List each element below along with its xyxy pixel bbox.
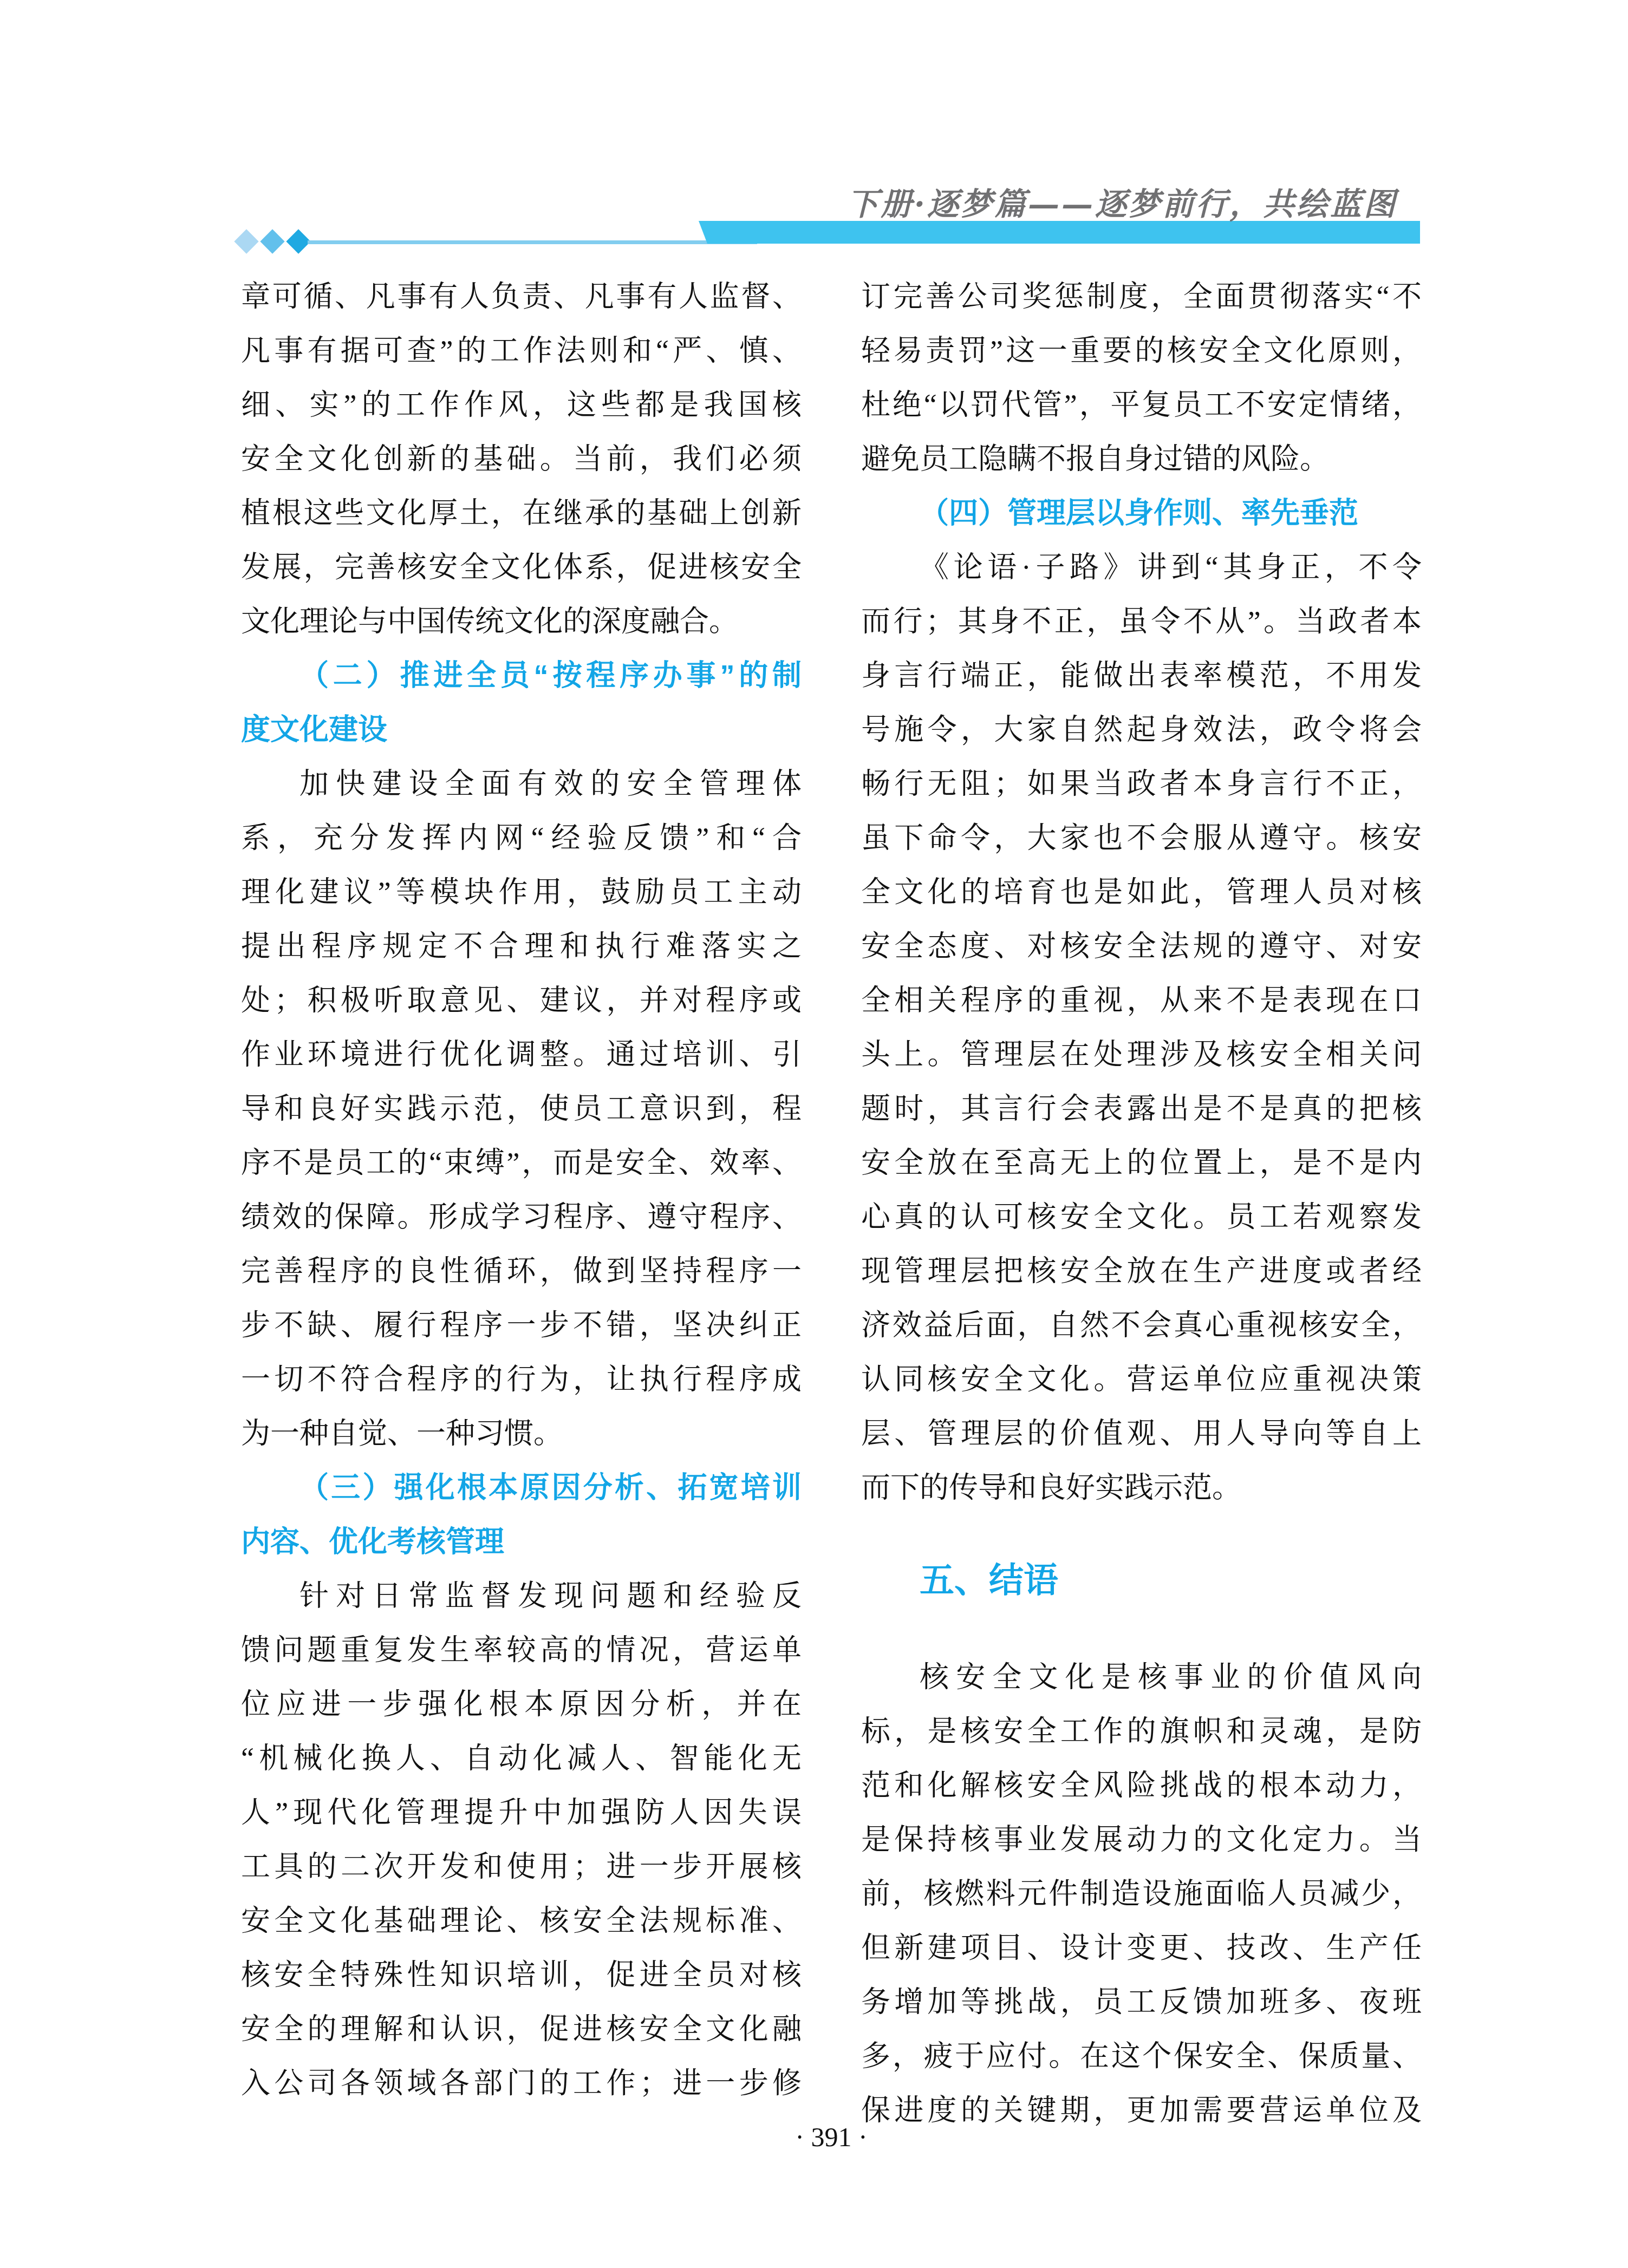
text-line: 步不缺、履行程序一步不错，坚决纠正 xyxy=(241,1298,802,1352)
text-line: 《论语·子路》讲到“其身正，不令 xyxy=(861,540,1422,594)
text-line: 一切不符合程序的行为，让执行程序成 xyxy=(241,1352,802,1407)
text-line: 但新建项目、设计变更、技改、生产任 xyxy=(861,1921,1422,1975)
text-line: 标，是核安全工作的旗帜和灵魂，是防 xyxy=(861,1704,1422,1759)
text-line: 处；积极听取意见、建议，并对程序或 xyxy=(241,973,802,1028)
text-line: 系，充分发挥内网“经验反馈”和“合 xyxy=(241,811,802,865)
section-heading: （二）推进全员“按程序办事”的制度文化建设 xyxy=(241,649,802,757)
text-line: 章可循、凡事有人负责、凡事有人监督、 xyxy=(241,270,802,324)
text-line: 认同核安全文化。营运单位应重视决策 xyxy=(861,1352,1422,1407)
text-line: 而下的传导和良好实践示范。 xyxy=(861,1461,1422,1515)
text-line: 细、实”的工作作风，这些都是我国核 xyxy=(241,378,802,432)
text-line: 号施令，大家自然起身效法，政令将会 xyxy=(861,703,1422,757)
text-line: 植根这些文化厚土，在继承的基础上创新 xyxy=(241,486,802,540)
header-banner xyxy=(699,221,1420,244)
text-line: 工具的二次开发和使用；进一步开展核 xyxy=(241,1840,802,1894)
text-line: 前，核燃料元件制造设施面临人员减少， xyxy=(861,1867,1422,1921)
text-line: 安全的理解和认识，促进核安全文化融 xyxy=(241,2002,802,2056)
paragraph: 订完善公司奖惩制度，全面贯彻落实“不轻易责罚”这一重要的核安全文化原则，杜绝“以… xyxy=(861,270,1422,486)
text-line: 而行；其身不正，虽令不从”。当政者本 xyxy=(861,594,1422,649)
text-line: 馈问题重复发生率较高的情况，营运单 xyxy=(241,1623,802,1677)
text-line: “机械化换人、自动化减人、智能化无 xyxy=(241,1731,802,1786)
document-page: 下册·逐梦篇——逐梦前行，共绘蓝图 章可循、凡事有人负责、凡事有人监督、凡事有据… xyxy=(0,0,1628,2268)
text-line: 身言行端正，能做出表率模范，不用发 xyxy=(861,649,1422,703)
text-line: 安全态度、对核安全法规的遵守、对安 xyxy=(861,919,1422,973)
text-line: （四）管理层以身作则、率先垂范 xyxy=(861,486,1422,540)
header-rule-line xyxy=(308,240,757,244)
text-line: 完善程序的良性循环，做到坚持程序一 xyxy=(241,1244,802,1298)
text-line: 题时，其言行会表露出是不是真的把核 xyxy=(861,1082,1422,1136)
paragraph: 加快建设全面有效的安全管理体系，充分发挥内网“经验反馈”和“合理化建议”等模块作… xyxy=(241,757,802,1461)
text-line: 安全文化基础理论、核安全法规标准、 xyxy=(241,1894,802,1948)
text-line: 位应进一步强化根本原因分析，并在 xyxy=(241,1677,802,1731)
text-line: 层、管理层的价值观、用人导向等自上 xyxy=(861,1407,1422,1461)
text-line: （三）强化根本原因分析、拓宽培训 xyxy=(241,1461,802,1515)
text-line: 轻易责罚”这一重要的核安全文化原则， xyxy=(861,324,1422,378)
page-number: · 391 · xyxy=(241,2121,1422,2153)
text-line: 避免员工隐瞒不报自身过错的风险。 xyxy=(861,432,1422,486)
paragraph: 章可循、凡事有人负责、凡事有人监督、凡事有据可查”的工作法则和“严、慎、细、实”… xyxy=(241,270,802,649)
text-line: 作业环境进行优化调整。通过培训、引 xyxy=(241,1028,802,1082)
text-line: 文化理论与中国传统文化的深度融合。 xyxy=(241,594,802,649)
text-line: 是保持核事业发展动力的文化定力。当 xyxy=(861,1813,1422,1867)
text-line: 畅行无阻；如果当政者本身言行不正， xyxy=(861,757,1422,811)
text-line: 济效益后面，自然不会真心重视核安全， xyxy=(861,1298,1422,1352)
text-line: 杜绝“以罚代管”，平复员工不安定情绪， xyxy=(861,378,1422,432)
text-line: 虽下命令，大家也不会服从遵守。核安 xyxy=(861,811,1422,865)
text-line: 人”现代化管理提升中加强防人因失误 xyxy=(241,1786,802,1840)
left-column: 章可循、凡事有人负责、凡事有人监督、凡事有据可查”的工作法则和“严、慎、细、实”… xyxy=(241,270,802,2110)
text-line: 绩效的保障。形成学习程序、遵守程序、 xyxy=(241,1190,802,1244)
text-line: 凡事有据可查”的工作法则和“严、慎、 xyxy=(241,324,802,378)
paragraph: 《论语·子路》讲到“其身正，不令而行；其身不正，虽令不从”。当政者本身言行端正，… xyxy=(861,540,1422,1515)
text-line: 现管理层把核安全放在生产进度或者经 xyxy=(861,1244,1422,1298)
text-line: 导和良好实践示范，使员工意识到，程 xyxy=(241,1082,802,1136)
text-line: 五、结语 xyxy=(861,1551,1422,1610)
section-heading: （四）管理层以身作则、率先垂范 xyxy=(861,486,1422,540)
section-heading: （三）强化根本原因分析、拓宽培训内容、优化考核管理 xyxy=(241,1461,802,1569)
text-line: （二）推进全员“按程序办事”的制 xyxy=(241,649,802,703)
text-line: 范和化解核安全风险挑战的根本动力， xyxy=(861,1759,1422,1813)
section-heading: 五、结语 xyxy=(861,1551,1422,1610)
text-line: 心真的认可核安全文化。员工若观察发 xyxy=(861,1190,1422,1244)
text-line: 头上。管理层在处理涉及核安全相关问 xyxy=(861,1028,1422,1082)
text-line: 安全放在至高无上的位置上，是不是内 xyxy=(861,1136,1422,1190)
text-line: 序不是员工的“束缚”，而是安全、效率、 xyxy=(241,1136,802,1190)
text-line: 度文化建设 xyxy=(241,703,802,757)
diamond-icon xyxy=(286,229,310,253)
right-column: 订完善公司奖惩制度，全面贯彻落实“不轻易责罚”这一重要的核安全文化原则，杜绝“以… xyxy=(861,270,1422,2138)
text-line: 内容、优化考核管理 xyxy=(241,1515,802,1569)
paragraph: 核安全文化是核事业的价值风向标，是核安全工作的旗帜和灵魂，是防范和化解核安全风险… xyxy=(861,1650,1422,2138)
text-line: 多，疲于应付。在这个保安全、保质量、 xyxy=(861,2029,1422,2083)
text-line: 订完善公司奖惩制度，全面贯彻落实“不 xyxy=(861,270,1422,324)
text-line: 提出程序规定不合理和执行难落实之 xyxy=(241,919,802,973)
text-line: 发展，完善核安全文化体系，促进核安全 xyxy=(241,540,802,594)
diamond-icon xyxy=(234,229,258,253)
text-line: 理化建议”等模块作用，鼓励员工主动 xyxy=(241,865,802,919)
text-line: 安全文化创新的基础。当前，我们必须 xyxy=(241,432,802,486)
text-line: 入公司各领域各部门的工作；进一步修 xyxy=(241,2056,802,2110)
text-line: 核安全特殊性知识培训，促进全员对核 xyxy=(241,1948,802,2002)
text-line: 核安全文化是核事业的价值风向 xyxy=(861,1650,1422,1704)
paragraph: 针对日常监督发现问题和经验反馈问题重复发生率较高的情况，营运单位应进一步强化根本… xyxy=(241,1569,802,2110)
diamond-icon xyxy=(260,229,284,253)
text-line: 务增加等挑战，员工反馈加班多、夜班 xyxy=(861,1975,1422,2029)
text-line: 加快建设全面有效的安全管理体 xyxy=(241,757,802,811)
text-line: 全文化的培育也是如此，管理人员对核 xyxy=(861,865,1422,919)
text-line: 为一种自觉、一种习惯。 xyxy=(241,1407,802,1461)
running-head-title: 下册·逐梦篇——逐梦前行，共绘蓝图 xyxy=(847,179,1397,224)
text-line: 针对日常监督发现问题和经验反 xyxy=(241,1569,802,1623)
text-line: 全相关程序的重视，从来不是表现在口 xyxy=(861,973,1422,1028)
